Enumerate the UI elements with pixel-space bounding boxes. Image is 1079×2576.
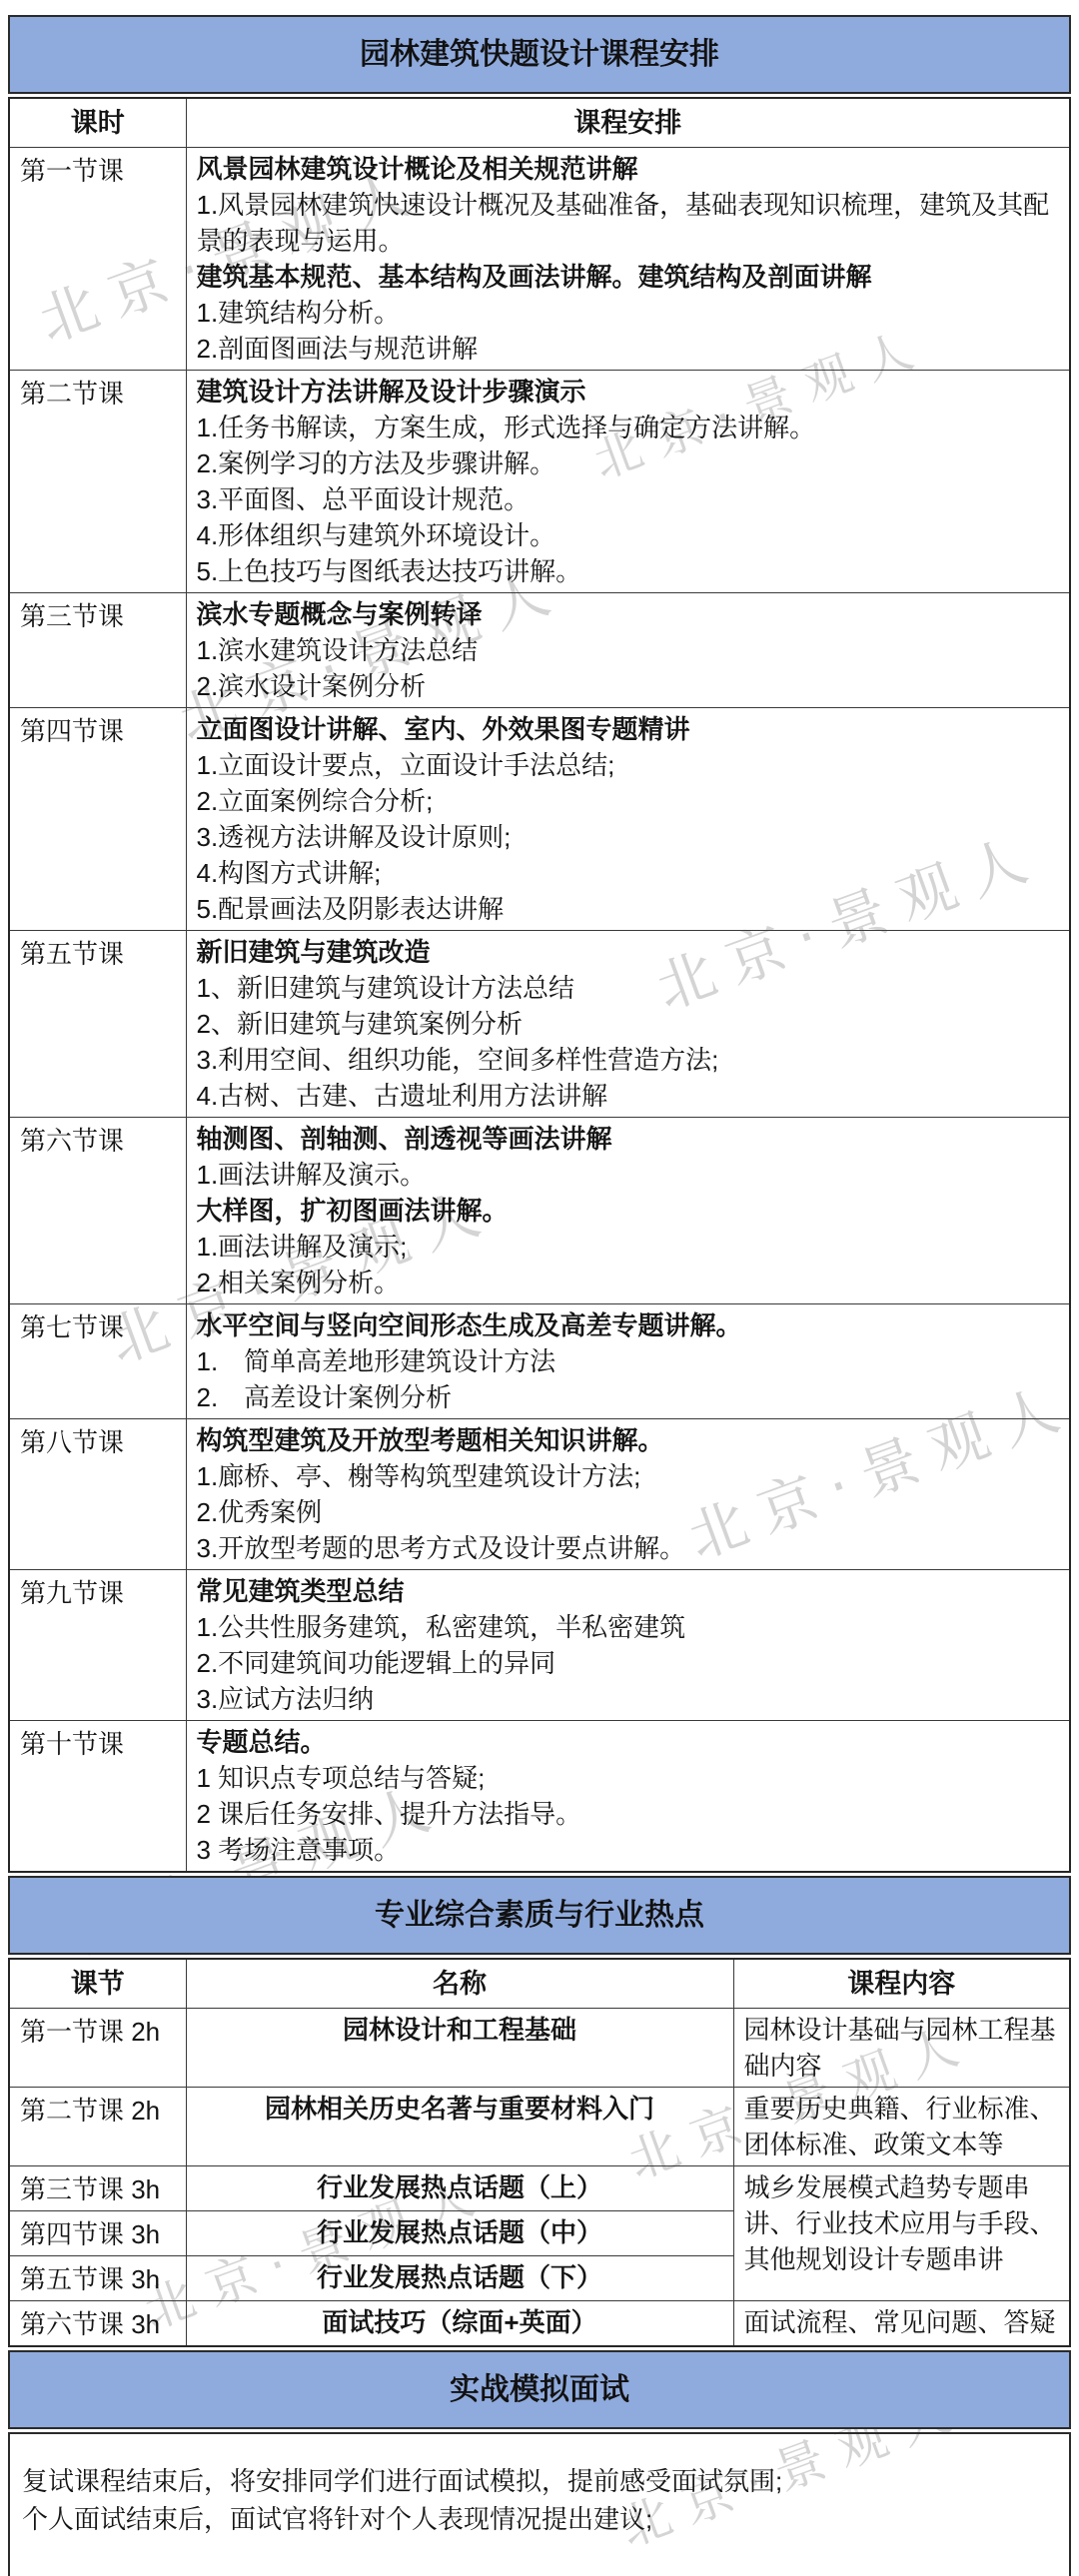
course-name-cell: 园林相关历史名著与重要材料入门	[186, 2088, 733, 2166]
content-cell: 常见建筑类型总结1.公共性服务建筑，私密建筑，半私密建筑2.不同建筑间功能逻辑上…	[186, 1570, 1070, 1721]
table-row: 第一节课 2h园林设计和工程基础园林设计基础与园林工程基础内容	[9, 2009, 1070, 2088]
topic-item: 1.画法讲解及演示;	[197, 1229, 1060, 1265]
topic-item: 3.利用空间、组织功能，空间多样性营造方法;	[197, 1042, 1060, 1078]
topic-item: 2 课后任务安排、提升方法指导。	[197, 1796, 1060, 1832]
session-cell: 第四节课 3h	[9, 2211, 186, 2256]
table-row: 第七节课水平空间与竖向空间形态生成及高差专题讲解。1. 简单高差地形建筑设计方法…	[9, 1304, 1070, 1419]
content-cell: 立面图设计讲解、室内、外效果图专题精讲1.立面设计要点，立面设计手法总结;2.立…	[186, 708, 1070, 931]
topic-title: 建筑设计方法讲解及设计步骤演示	[197, 374, 1060, 410]
table-row: 第三节课 3h行业发展热点话题（上）城乡发展模式趋势专题串讲、行业技术应用与手段…	[9, 2166, 1070, 2211]
section3-title-band: 实战模拟面试	[8, 2350, 1071, 2429]
topic-item: 1. 简单高差地形建筑设计方法	[197, 1343, 1060, 1379]
content-cell: 构筑型建筑及开放型考题相关知识讲解。1.廊桥、亭、榭等构筑型建筑设计方法;2.优…	[186, 1419, 1070, 1570]
topic-title: 构筑型建筑及开放型考题相关知识讲解。	[197, 1422, 1060, 1458]
session-cell: 第五节课	[9, 931, 186, 1118]
topic-title: 常见建筑类型总结	[197, 1573, 1060, 1609]
session-cell: 第二节课 2h	[9, 2088, 186, 2166]
column-header: 课程内容	[733, 1959, 1070, 2009]
session-cell: 第一节课 2h	[9, 2009, 186, 2088]
topic-item: 3.平面图、总平面设计规范。	[197, 481, 1060, 517]
table-row: 第六节课 3h面试技巧（综面+英面）面试流程、常见问题、答疑	[9, 2301, 1070, 2347]
table-row: 第一节课风景园林建筑设计概论及相关规范讲解1.风景园林建筑快速设计概况及基础准备…	[9, 148, 1070, 371]
topic-item: 2.案例学习的方法及步骤讲解。	[197, 445, 1060, 481]
topic-item: 2.不同建筑间功能逻辑上的异同	[197, 1645, 1060, 1681]
table-row: 第八节课构筑型建筑及开放型考题相关知识讲解。1.廊桥、亭、榭等构筑型建筑设计方法…	[9, 1419, 1070, 1570]
topic-item: 5.上色技巧与图纸表达技巧讲解。	[197, 553, 1060, 589]
content-cell: 风景园林建筑设计概论及相关规范讲解1.风景园林建筑快速设计概况及基础准备，基础表…	[186, 148, 1070, 371]
topic-item: 3 考场注意事项。	[197, 1832, 1060, 1868]
course-content-cell: 城乡发展模式趋势专题串讲、行业技术应用与手段、其他规划设计专题串讲	[733, 2166, 1070, 2301]
topic-item: 3.透视方法讲解及设计原则;	[197, 819, 1060, 855]
session-cell: 第六节课 3h	[9, 2301, 186, 2347]
session-cell: 第五节课 3h	[9, 2256, 186, 2301]
footer-line: 个人面试结束后，面试官将针对个人表现情况提出建议;	[22, 2500, 1057, 2538]
content-cell: 新旧建筑与建筑改造1、新旧建筑与建筑设计方法总结2、新旧建筑与建筑案例分析3.利…	[186, 931, 1070, 1118]
topic-item: 4.构图方式讲解;	[197, 855, 1060, 891]
course-name-cell: 行业发展热点话题（下）	[186, 2256, 733, 2301]
session-cell: 第三节课 3h	[9, 2166, 186, 2211]
quality-hot-topics-table: 课节名称课程内容 第一节课 2h园林设计和工程基础园林设计基础与园林工程基础内容…	[8, 1958, 1071, 2347]
course-name-cell: 面试技巧（综面+英面）	[186, 2301, 733, 2347]
topic-title: 水平空间与竖向空间形态生成及高差专题讲解。	[197, 1307, 1060, 1343]
topic-item: 2、新旧建筑与建筑案例分析	[197, 1006, 1060, 1042]
table-row: 第五节课新旧建筑与建筑改造1、新旧建筑与建筑设计方法总结2、新旧建筑与建筑案例分…	[9, 931, 1070, 1118]
column-header: 课时	[9, 98, 186, 148]
topic-item: 2.滨水设计案例分析	[197, 668, 1060, 704]
course-name-cell: 园林设计和工程基础	[186, 2009, 733, 2088]
table-header-row: 课节名称课程内容	[9, 1959, 1070, 2009]
session-cell: 第十节课	[9, 1721, 186, 1873]
table-row: 第十节课专题总结。1 知识点专项总结与答疑;2 课后任务安排、提升方法指导。3 …	[9, 1721, 1070, 1873]
topic-item: 1、新旧建筑与建筑设计方法总结	[197, 970, 1060, 1006]
topic-item: 1.公共性服务建筑，私密建筑，半私密建筑	[197, 1609, 1060, 1645]
topic-item: 2.剖面图画法与规范讲解	[197, 331, 1060, 367]
topic-item: 1.建筑结构分析。	[197, 295, 1060, 331]
section2-title-band: 专业综合素质与行业热点	[8, 1876, 1071, 1955]
table-row: 第六节课轴测图、剖轴测、剖透视等画法讲解1.画法讲解及演示。大样图，扩初图画法讲…	[9, 1118, 1070, 1304]
topic-item: 3.开放型考题的思考方式及设计要点讲解。	[197, 1530, 1060, 1566]
document-page: 园林建筑快题设计课程安排 课时课程安排 第一节课风景园林建筑设计概论及相关规范讲…	[8, 15, 1071, 2576]
session-cell: 第三节课	[9, 593, 186, 708]
column-header: 名称	[186, 1959, 733, 2009]
session-cell: 第九节课	[9, 1570, 186, 1721]
topic-item: 4.古树、古建、古遗址利用方法讲解	[197, 1078, 1060, 1114]
topic-item: 1.立面设计要点，立面设计手法总结;	[197, 747, 1060, 783]
course-name-cell: 行业发展热点话题（上）	[186, 2166, 733, 2211]
footer-line: 复试课程结束后，将安排同学们进行面试模拟，提前感受面试氛围;	[22, 2462, 1057, 2500]
session-cell: 第一节课	[9, 148, 186, 371]
table-row: 第三节课滨水专题概念与案例转译1.滨水建筑设计方法总结2.滨水设计案例分析	[9, 593, 1070, 708]
mock-interview-note-box: 复试课程结束后，将安排同学们进行面试模拟，提前感受面试氛围;个人面试结束后，面试…	[8, 2432, 1071, 2576]
topic-item: 1.廊桥、亭、榭等构筑型建筑设计方法;	[197, 1458, 1060, 1494]
table-row: 第九节课常见建筑类型总结1.公共性服务建筑，私密建筑，半私密建筑2.不同建筑间功…	[9, 1570, 1070, 1721]
session-cell: 第四节课	[9, 708, 186, 931]
column-header: 课节	[9, 1959, 186, 2009]
topic-title: 风景园林建筑设计概论及相关规范讲解	[197, 151, 1060, 187]
section1-title-band: 园林建筑快题设计课程安排	[8, 15, 1071, 94]
topic-item: 2.立面案例综合分析;	[197, 783, 1060, 819]
course-schedule-table: 课时课程安排 第一节课风景园林建筑设计概论及相关规范讲解1.风景园林建筑快速设计…	[8, 97, 1071, 1873]
topic-item: 2.优秀案例	[197, 1494, 1060, 1530]
session-cell: 第七节课	[9, 1304, 186, 1419]
topic-title: 大样图，扩初图画法讲解。	[197, 1193, 1060, 1229]
table-row: 第二节课建筑设计方法讲解及设计步骤演示1.任务书解读，方案生成，形式选择与确定方…	[9, 371, 1070, 593]
topic-item: 2.相关案例分析。	[197, 1265, 1060, 1300]
topic-title: 立面图设计讲解、室内、外效果图专题精讲	[197, 711, 1060, 747]
content-cell: 轴测图、剖轴测、剖透视等画法讲解1.画法讲解及演示。大样图，扩初图画法讲解。1.…	[186, 1118, 1070, 1304]
content-cell: 建筑设计方法讲解及设计步骤演示1.任务书解读，方案生成，形式选择与确定方法讲解。…	[186, 371, 1070, 593]
topic-item: 2. 高差设计案例分析	[197, 1379, 1060, 1415]
course-name-cell: 行业发展热点话题（中）	[186, 2211, 733, 2256]
topic-title: 专题总结。	[197, 1724, 1060, 1760]
topic-item: 1.滨水建筑设计方法总结	[197, 632, 1060, 668]
session-cell: 第六节课	[9, 1118, 186, 1304]
topic-item: 1.风景园林建筑快速设计概况及基础准备，基础表现知识梳理，建筑及其配景的表现与运…	[197, 187, 1060, 259]
table-row: 第四节课立面图设计讲解、室内、外效果图专题精讲1.立面设计要点，立面设计手法总结…	[9, 708, 1070, 931]
table-row: 第二节课 2h园林相关历史名著与重要材料入门重要历史典籍、行业标准、团体标准、政…	[9, 2088, 1070, 2166]
topic-title: 建筑基本规范、基本结构及画法讲解。建筑结构及剖面讲解	[197, 259, 1060, 295]
course-content-cell: 园林设计基础与园林工程基础内容	[733, 2009, 1070, 2088]
session-cell: 第八节课	[9, 1419, 186, 1570]
content-cell: 滨水专题概念与案例转译1.滨水建筑设计方法总结2.滨水设计案例分析	[186, 593, 1070, 708]
page-root: { "colors": { "band_blue": "#8FAADC", "b…	[0, 0, 1079, 2576]
session-cell: 第二节课	[9, 371, 186, 593]
topic-item: 1 知识点专项总结与答疑;	[197, 1760, 1060, 1796]
content-cell: 专题总结。1 知识点专项总结与答疑;2 课后任务安排、提升方法指导。3 考场注意…	[186, 1721, 1070, 1873]
topic-title: 滨水专题概念与案例转译	[197, 596, 1060, 632]
topic-item: 1.任务书解读，方案生成，形式选择与确定方法讲解。	[197, 410, 1060, 445]
column-header: 课程安排	[186, 98, 1070, 148]
topic-item: 5.配景画法及阴影表达讲解	[197, 891, 1060, 927]
course-content-cell: 重要历史典籍、行业标准、团体标准、政策文本等	[733, 2088, 1070, 2166]
course-content-cell: 面试流程、常见问题、答疑	[733, 2301, 1070, 2347]
content-cell: 水平空间与竖向空间形态生成及高差专题讲解。1. 简单高差地形建筑设计方法2. 高…	[186, 1304, 1070, 1419]
topic-item: 3.应试方法归纳	[197, 1681, 1060, 1717]
topic-item: 1.画法讲解及演示。	[197, 1157, 1060, 1193]
table-header-row: 课时课程安排	[9, 98, 1070, 148]
topic-title: 轴测图、剖轴测、剖透视等画法讲解	[197, 1121, 1060, 1157]
topic-title: 新旧建筑与建筑改造	[197, 934, 1060, 970]
topic-item: 4.形体组织与建筑外环境设计。	[197, 517, 1060, 553]
